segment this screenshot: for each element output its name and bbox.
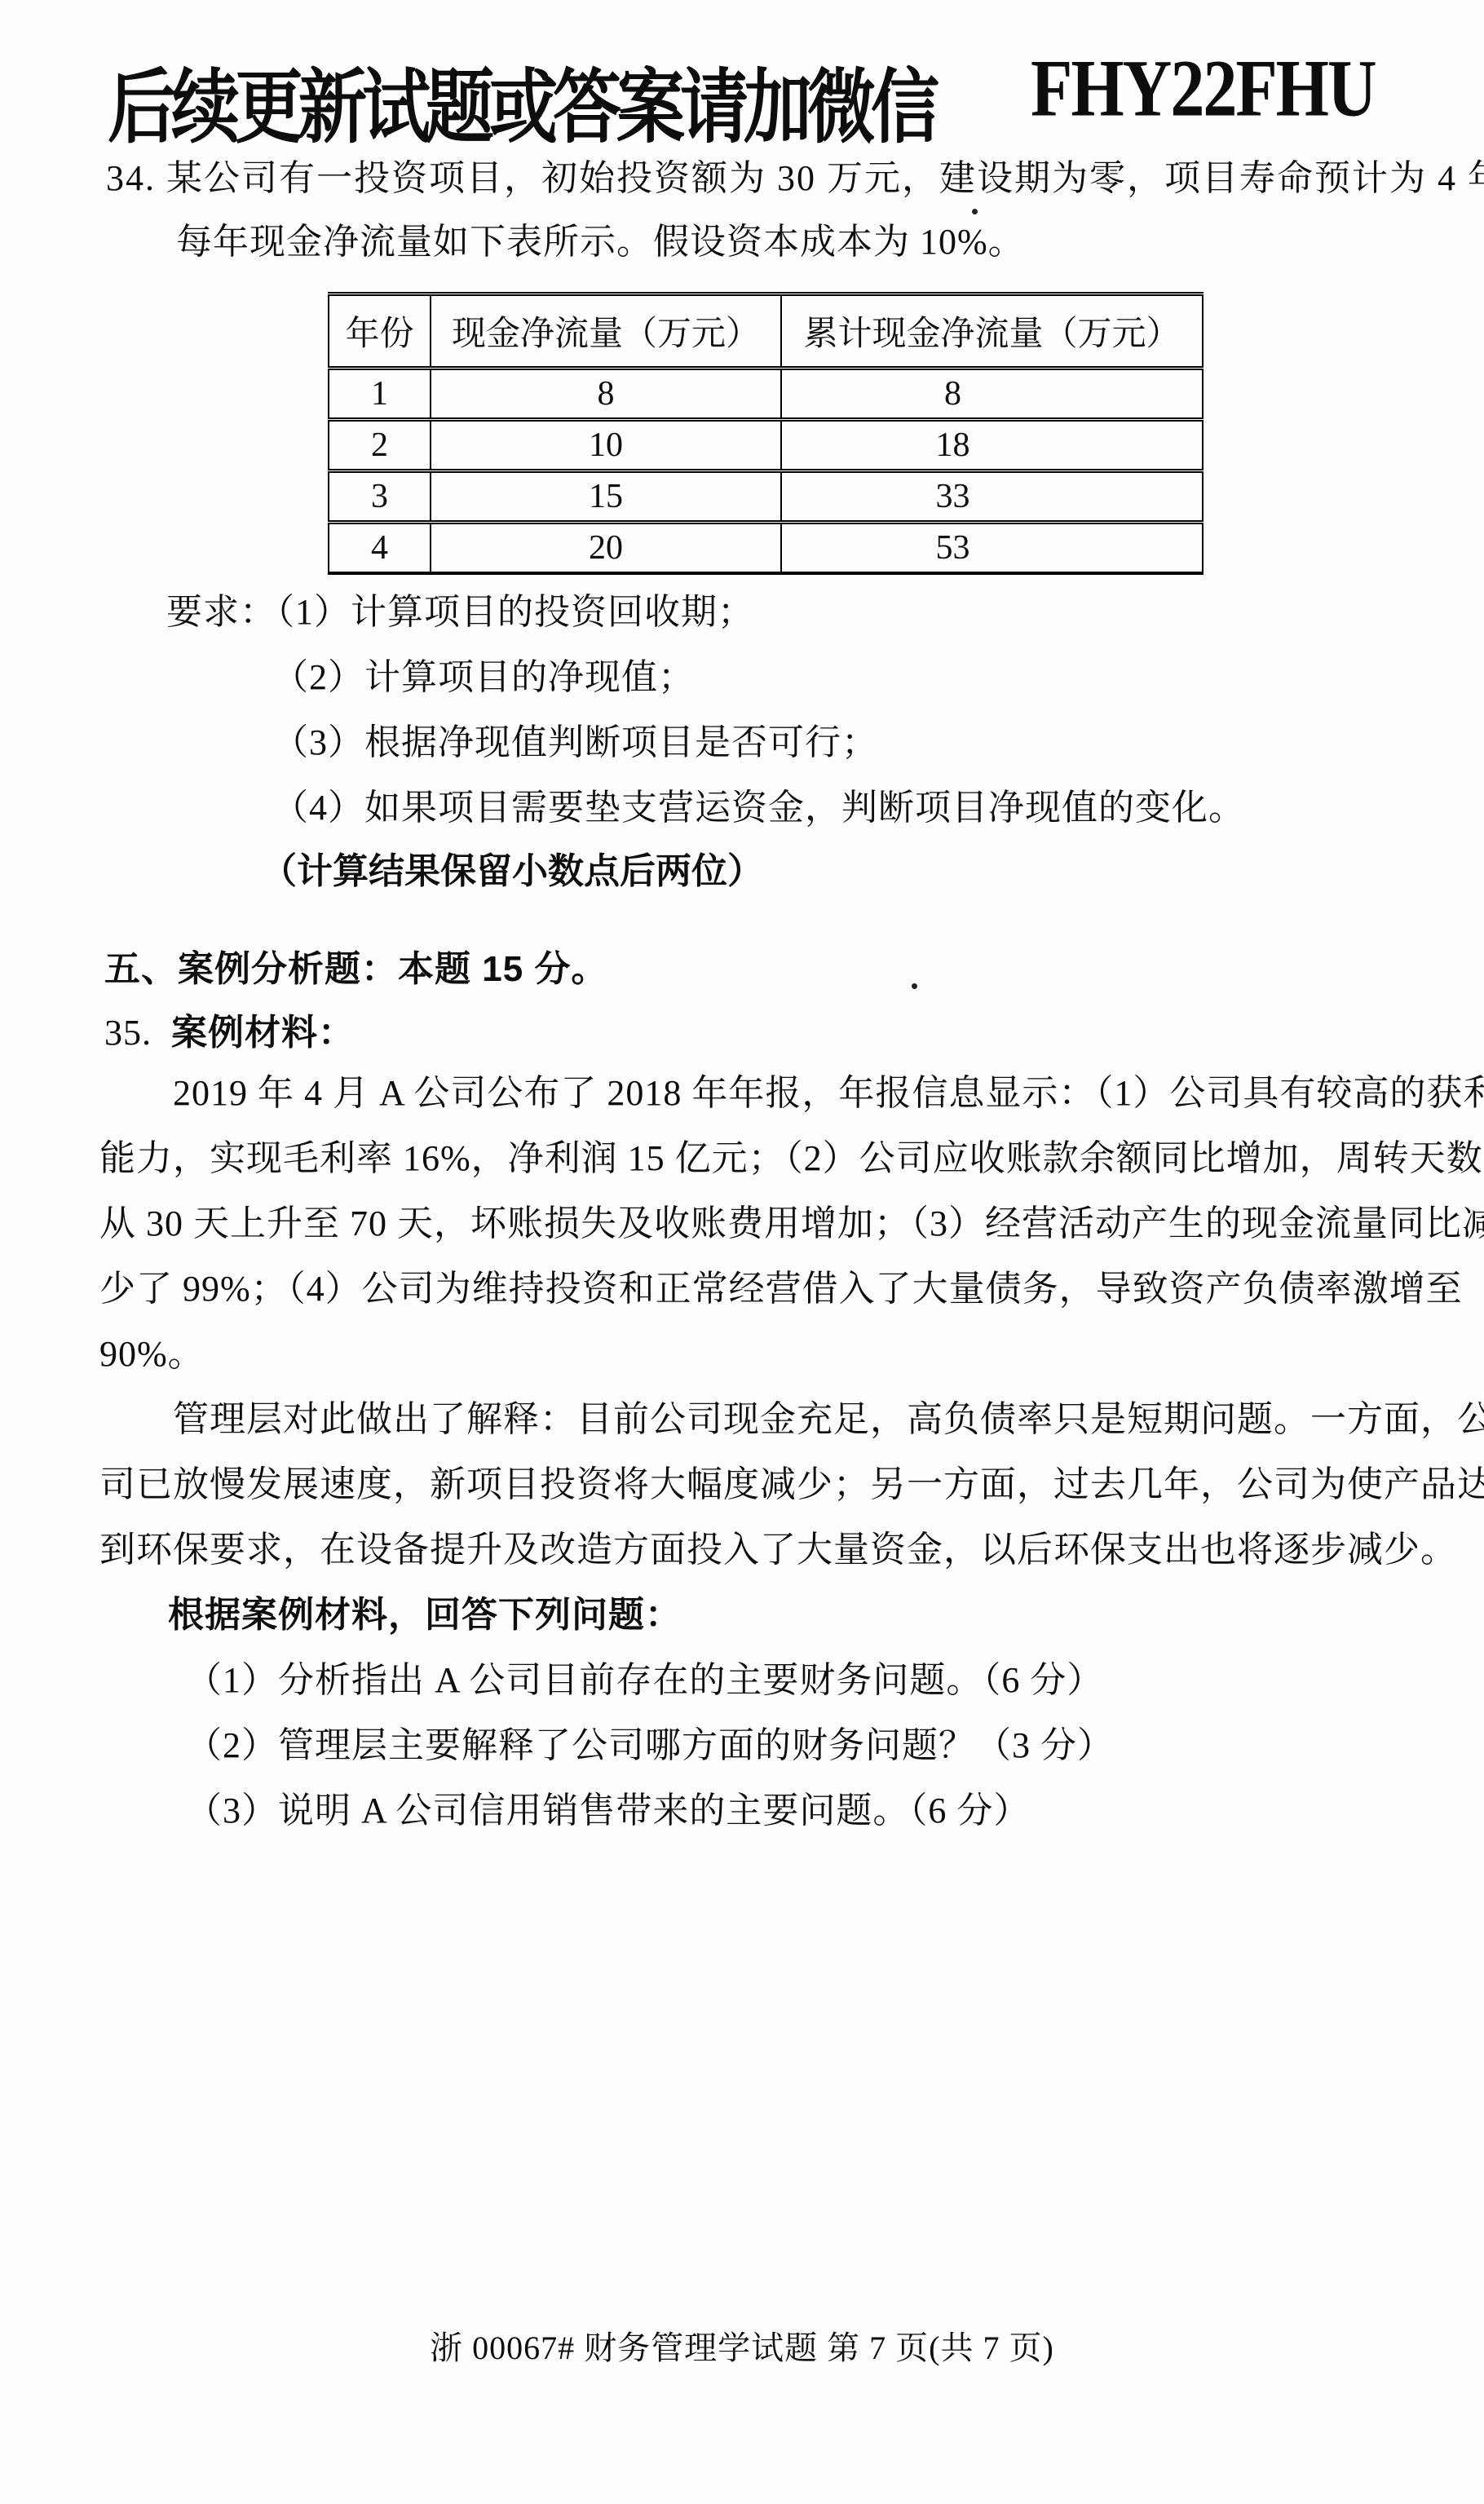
q35-paragraph2-line: 司已放慢发展速度，新项目投资将大幅度减少；另一方面，过去几年，公司为使产品达 — [99, 1461, 1484, 1508]
q35-paragraph2-line: 管理层对此做出了解释：目前公司现金充足，高负债率只是短期问题。一方面，公 — [173, 1396, 1484, 1443]
q34-note: （计算结果保留小数点后两位） — [261, 848, 763, 895]
cell-ncf: 8 — [431, 369, 781, 420]
table-row: 3 15 33 — [329, 471, 1203, 523]
table-row: 1 8 8 — [329, 369, 1203, 420]
q34-requirements-intro: 要求：（1）计算项目的投资回收期； — [166, 589, 754, 636]
table-header-row: 年份 现金净流量（万元） 累计现金净流量（万元） — [329, 294, 1203, 369]
q35-subquestion: （3）说明 A 公司信用销售带来的主要问题。（6 分） — [186, 1787, 1030, 1835]
q34-stem-line1: 34. 某公司有一投资项目，初始投资额为 30 万元，建设期为零，项目寿命预计为… — [106, 155, 1484, 202]
cell-year: 4 — [329, 523, 431, 574]
cell-ncf: 10 — [431, 420, 781, 471]
col-header-year: 年份 — [329, 294, 431, 369]
q35-paragraph1-line: 2019 年 4 月 A 公司公布了 2018 年年报，年报信息显示：（1）公司… — [173, 1070, 1484, 1117]
table-row: 4 20 53 — [329, 523, 1203, 574]
cell-ncf: 15 — [431, 471, 781, 523]
q35-paragraph1-line: 能力，实现毛利率 16%，净利润 15 亿元；（2）公司应收账款余额同比增加，周… — [99, 1135, 1483, 1182]
col-header-net-cash-flow: 现金净流量（万元） — [431, 294, 781, 369]
header-notice: 后续更新试题或答案请加微信 — [108, 42, 934, 159]
q35-paragraph2-line: 到环保要求，在设备提升及改造方面投入了大量资金，以后环保支出也将逐步减少。 — [99, 1526, 1457, 1574]
cash-flow-table: 年份 现金净流量（万元） 累计现金净流量（万元） 1 8 8 2 10 18 3… — [328, 292, 1204, 575]
q35-paragraph1-line: 从 30 天上升至 70 天，坏账损失及收账费用增加；（3）经营活动产生的现金流… — [99, 1200, 1484, 1248]
page-footer: 浙 00067# 财务管理学试题 第 7 页(共 7 页) — [0, 2322, 1484, 2369]
header-wechat-id: FHY22FHU — [1031, 42, 1376, 135]
q34-requirement-item: （2）计算项目的净现值； — [272, 654, 695, 701]
cell-cncf: 33 — [781, 471, 1203, 523]
col-header-cumulative-net-cash-flow: 累计现金净流量（万元） — [781, 294, 1203, 369]
cell-year: 1 — [329, 369, 431, 420]
q34-stem-line2: 每年现金净流量如下表所示。假设资本成本为 10%。 — [176, 219, 1025, 266]
table-row: 2 10 18 — [329, 420, 1203, 471]
cell-cncf: 8 — [781, 369, 1203, 420]
scan-speck — [912, 983, 917, 989]
page-header: 后续更新试题或答案请加微信 FHY22FHU — [108, 42, 1376, 159]
q34-requirement-item: （4）如果项目需要垫支营运资金，判断项目净现值的变化。 — [272, 784, 1245, 832]
cell-cncf: 53 — [781, 523, 1203, 574]
q35-paragraph1-line: 少了 99%；（4）公司为维持投资和正常经营借入了大量债务，导致资产负债率激增至 — [99, 1265, 1463, 1313]
cell-year: 2 — [329, 420, 431, 471]
q34-requirement-item: （3）根据净现值判断项目是否可行； — [272, 719, 878, 766]
q35-number: 35. — [104, 1009, 152, 1057]
exam-page: 后续更新试题或答案请加微信 FHY22FHU 34. 某公司有一投资项目，初始投… — [0, 0, 1484, 2504]
section5-heading: 五、案例分析题：本题 15 分。 — [104, 946, 607, 993]
q35-subquestion: （1）分析指出 A 公司目前存在的主要财务问题。（6 分） — [186, 1657, 1103, 1704]
q35-label: 案例材料： — [171, 1009, 355, 1057]
cell-ncf: 20 — [431, 523, 781, 574]
cell-year: 3 — [329, 471, 431, 523]
q35-paragraph1-line: 90%。 — [99, 1331, 205, 1378]
q35-subquestion: （2）管理层主要解释了公司哪方面的财务问题？（3 分） — [186, 1722, 1114, 1769]
scan-speck — [972, 209, 978, 214]
q35-prompt: 根据案例材料，回答下列问题： — [168, 1592, 682, 1639]
cell-cncf: 18 — [781, 420, 1203, 471]
